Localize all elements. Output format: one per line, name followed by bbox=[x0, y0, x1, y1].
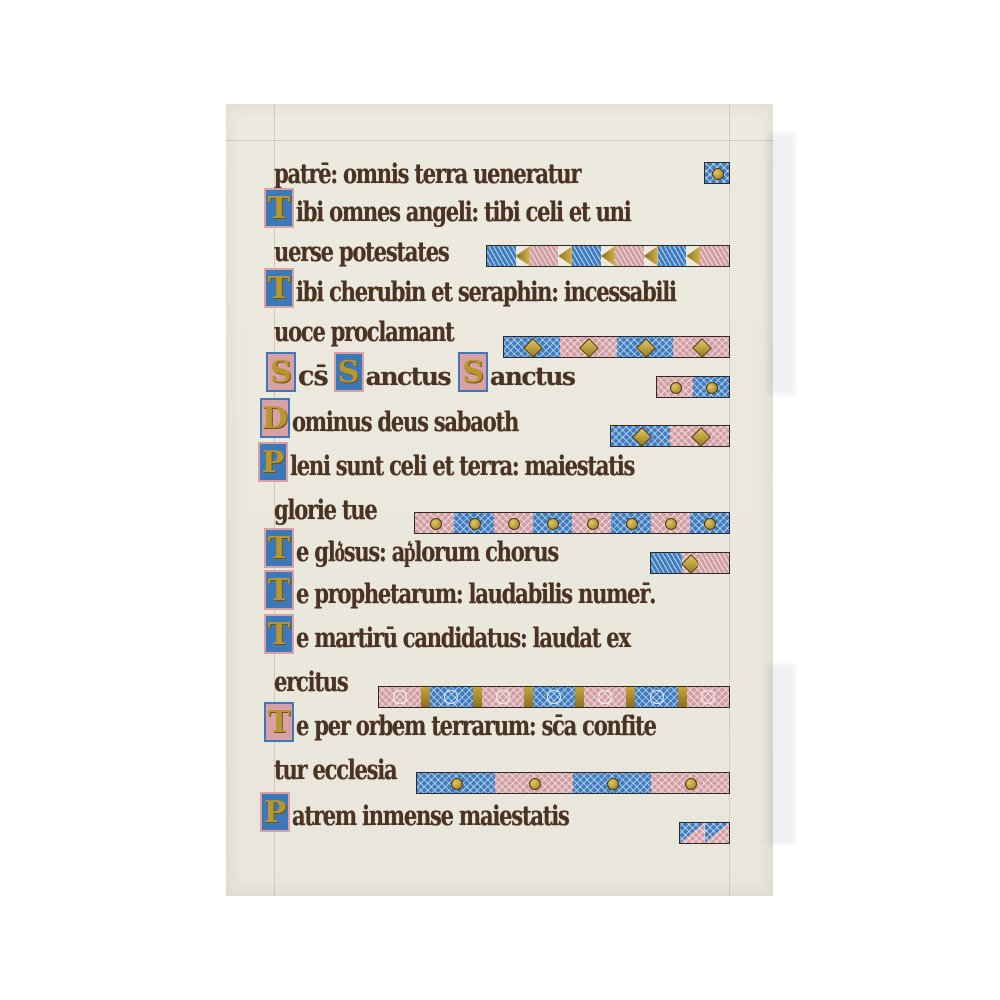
line-text: e prophetarum: laudabilis numer̄. bbox=[296, 580, 655, 610]
gold-dot-icon bbox=[430, 518, 442, 530]
line-filler-feather bbox=[650, 552, 730, 574]
gold-dot-icon bbox=[704, 518, 716, 530]
gold-diamond-icon bbox=[691, 427, 711, 446]
manuscript-line-14: T e per orbem terrarum: sc̄a confite bbox=[264, 708, 719, 742]
gold-quatrefoil-icon bbox=[636, 338, 656, 357]
line-text: anctus bbox=[366, 362, 450, 392]
line-text: e per orbem terrarum: sc̄a confite bbox=[296, 712, 656, 742]
line-text: ominus deus sabaoth bbox=[292, 408, 518, 438]
illuminated-initial: T bbox=[264, 570, 294, 610]
gold-dot-icon bbox=[706, 382, 718, 394]
rosette-icon bbox=[701, 690, 715, 704]
illuminated-initial: P bbox=[258, 442, 288, 482]
gold-dot-icon bbox=[665, 518, 677, 530]
manuscript-line-8: P leni sunt celi et terra: maiestatis bbox=[258, 448, 713, 482]
line-filler-chevron bbox=[486, 245, 730, 267]
line-filler-triangles bbox=[679, 822, 730, 844]
rosette-icon bbox=[496, 690, 510, 704]
line-text: uoce proclamant bbox=[274, 318, 454, 348]
line-text: atrem inmense maiestatis bbox=[292, 802, 569, 832]
illuminated-initial: S bbox=[458, 352, 488, 392]
manuscript-line-16: P atrem inmense maiestatis bbox=[260, 798, 715, 832]
show-through-shadow bbox=[767, 134, 795, 394]
rosette-icon bbox=[650, 690, 664, 704]
gold-dot-icon bbox=[469, 518, 481, 530]
top-rule bbox=[226, 140, 773, 141]
rosette-icon bbox=[393, 690, 407, 704]
gold-diamond-icon bbox=[682, 554, 698, 573]
illuminated-initial: S bbox=[334, 352, 364, 392]
manuscript-line-2: T ibi omnes angeli: tibi celi et uni bbox=[264, 194, 719, 228]
manuscript-page: patrē: omnis terra ueneratur T ibi omnes… bbox=[226, 104, 773, 896]
rosette-icon bbox=[547, 690, 561, 704]
gold-dot-icon bbox=[508, 518, 520, 530]
line-text: glorie tue bbox=[274, 496, 377, 526]
rosette-icon bbox=[444, 690, 458, 704]
gold-dot-icon bbox=[626, 518, 638, 530]
line-text: patrē: omnis terra ueneratur bbox=[274, 160, 580, 190]
illuminated-initial: D bbox=[260, 398, 290, 438]
manuscript-line-11: T e prophetarum: laudabilis numer̄. bbox=[264, 576, 719, 610]
line-text: tur ecclesia bbox=[274, 756, 396, 786]
gold-dot-icon bbox=[685, 778, 697, 790]
line-filler-rosette bbox=[656, 376, 730, 398]
line-text: e martirū candidatus: laudat ex bbox=[296, 624, 630, 654]
gold-quatrefoil-icon bbox=[692, 338, 712, 357]
manuscript-line-1: patrē: omnis terra ueneratur bbox=[274, 156, 729, 190]
manuscript-line-12: T e martirū candidatus: laudat ex bbox=[264, 620, 719, 654]
illuminated-initial: P bbox=[260, 792, 290, 832]
line-filler-lattice-2 bbox=[416, 772, 730, 794]
illuminated-initial: T bbox=[264, 268, 294, 308]
gold-diamond-icon bbox=[632, 427, 652, 446]
line-text: leni sunt celi et terra: maiestatis bbox=[290, 452, 634, 482]
illuminated-initial: T bbox=[264, 528, 294, 568]
gold-dot-icon bbox=[529, 778, 541, 790]
line-text: anctus bbox=[490, 362, 574, 392]
illuminated-initial: T bbox=[264, 614, 294, 654]
line-filler-1 bbox=[704, 162, 730, 184]
line-text: ercitus bbox=[274, 668, 347, 698]
line-filler-quatrefoil bbox=[503, 336, 730, 358]
line-text: ibi omnes angeli: tibi celi et uni bbox=[296, 198, 630, 228]
gold-dot-icon bbox=[712, 168, 724, 180]
gold-quatrefoil-icon bbox=[523, 338, 543, 357]
show-through-shadow bbox=[767, 664, 795, 844]
manuscript-line-6: S cs̄ S anctus S anctus bbox=[266, 358, 721, 392]
illuminated-initial: S bbox=[266, 352, 296, 392]
line-filler-diamond bbox=[610, 425, 730, 447]
rosette-icon bbox=[598, 690, 612, 704]
line-filler-rosettes bbox=[378, 686, 730, 708]
illuminated-initial: T bbox=[264, 188, 294, 228]
line-filler-lattice bbox=[414, 512, 730, 534]
line-text: ibi cherubin et seraphin: incessabili bbox=[296, 278, 676, 308]
gold-dot-icon bbox=[587, 518, 599, 530]
gold-dot-icon bbox=[451, 778, 463, 790]
line-text: cs̄ bbox=[298, 362, 328, 392]
gold-dot-icon bbox=[607, 778, 619, 790]
line-text: uerse potestates bbox=[274, 238, 449, 268]
manuscript-line-4: T ibi cherubin et seraphin: incessabili bbox=[264, 274, 719, 308]
line-text: e glo͛sus: ap͛lorum chorus bbox=[296, 538, 558, 568]
gold-dot-icon bbox=[670, 382, 682, 394]
gold-dot-icon bbox=[547, 518, 559, 530]
illuminated-initial: T bbox=[264, 702, 294, 742]
gold-quatrefoil-icon bbox=[579, 338, 599, 357]
